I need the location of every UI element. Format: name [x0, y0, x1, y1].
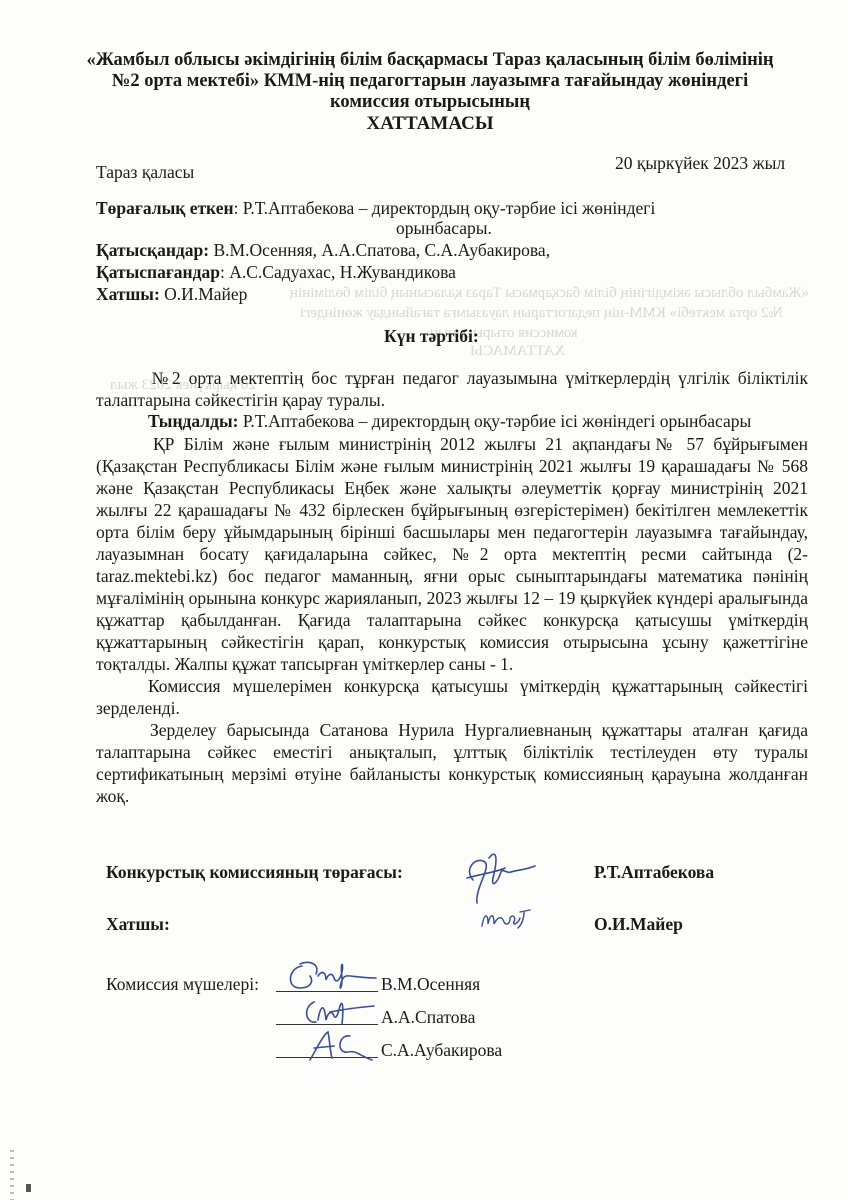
agenda-item-text: №2 орта мектептің бос тұрған педагог лау… — [96, 368, 808, 410]
member-name-3: С.А.Аубакирова — [381, 1040, 502, 1061]
place: Тараз қаласы — [96, 162, 194, 183]
secretary-signature-label: Хатшы: — [106, 914, 170, 935]
present-label: Қатысқандар: — [96, 240, 209, 260]
document-page: «Жамбыл облысы әкімдігінің білім басқарм… — [0, 0, 849, 1200]
agenda-item: №2 орта мектептің бос тұрған педагог лау… — [96, 367, 808, 411]
document-header-line-3: комиссия отырысының — [80, 92, 780, 113]
member-signature-icon — [280, 958, 380, 994]
secretary-signature-icon — [478, 906, 538, 930]
bleed-through-text: «Жамбыл облысы әкімдігінің білім басқарм… — [290, 285, 809, 302]
absent-line: Қатыспағандар: А.С.Садуахас, Н.Жувандико… — [96, 262, 456, 283]
member-name-2: А.А.Спатова — [381, 1007, 475, 1028]
absent-label: Қатыспағандар — [96, 262, 220, 282]
chair-label: Төрағалық еткен — [96, 198, 234, 218]
agenda-heading: Күн тәртібі: — [384, 326, 479, 347]
chair-value: : Р.Т.Аптабекова – директордың оқу-тәрби… — [234, 198, 656, 218]
chair-signature-label: Конкурстық комиссияның төрағасы: — [106, 862, 403, 883]
heard-value: Р.Т.Аптабекова – директордың оқу-тәрбие … — [238, 411, 751, 431]
chair-value-continuation: орынбасары. — [396, 218, 492, 239]
present-line: Қатысқандар: В.М.Осенняя, А.А.Спатова, С… — [96, 240, 550, 261]
member-name-1: В.М.Осенняя — [381, 974, 480, 995]
bleed-through-text: ХАТТАМАСЫ — [470, 343, 565, 360]
body-paragraph-3-text: Зерделеу барысында Сатанова Нурила Нурга… — [96, 720, 808, 806]
absent-value: : А.С.Садуахас, Н.Жувандикова — [220, 262, 456, 282]
scan-artifact — [10, 1150, 14, 1200]
document-header-line-2: №2 орта мектебі» КММ-нің педагогтарын ла… — [80, 71, 780, 92]
bleed-through-text: №2 орта мектебі» КММ-нің педагогтарын ла… — [300, 305, 783, 322]
heard-label: Тыңдалды: — [148, 411, 238, 431]
body-paragraph-3: Зерделеу барысында Сатанова Нурила Нурга… — [96, 719, 808, 807]
chair-line: Төрағалық еткен: Р.Т.Аптабекова – директ… — [96, 198, 655, 219]
members-label: Комиссия мүшелері: — [106, 974, 259, 995]
date: 20 қыркүйек 2023 жыл — [615, 153, 785, 174]
member-signature-icon — [300, 994, 380, 1028]
member-signature-icon — [300, 1026, 380, 1066]
present-value: В.М.Осенняя, А.А.Спатова, С.А.Аубакирова… — [209, 240, 550, 260]
chair-signature-icon — [455, 848, 545, 908]
document-header-line-1: «Жамбыл облысы әкімдігінің білім басқарм… — [70, 50, 790, 71]
body-paragraph-1-text: ҚР Білім және ғылым министрінің 2012 жыл… — [96, 434, 808, 674]
secretary-label: Хатшы: — [96, 284, 160, 304]
secretary-value: О.И.Майер — [160, 284, 248, 304]
secretary-line: Хатшы: О.И.Майер — [96, 284, 247, 305]
chair-signature-name: Р.Т.Аптабекова — [594, 862, 714, 883]
heard-line: Тыңдалды: Р.Т.Аптабекова – директордың о… — [148, 411, 751, 432]
document-title: ХАТТАМАСЫ — [80, 113, 780, 134]
body-paragraph-2: Комиссия мүшелерімен конкурсқа қатысушы … — [96, 675, 808, 719]
body-paragraph-1: ҚР Білім және ғылым министрінің 2012 жыл… — [96, 433, 808, 675]
secretary-signature-name: О.И.Майер — [594, 914, 683, 935]
body-paragraph-2-text: Комиссия мүшелерімен конкурсқа қатысушы … — [96, 676, 808, 718]
scan-artifact — [26, 1184, 31, 1192]
